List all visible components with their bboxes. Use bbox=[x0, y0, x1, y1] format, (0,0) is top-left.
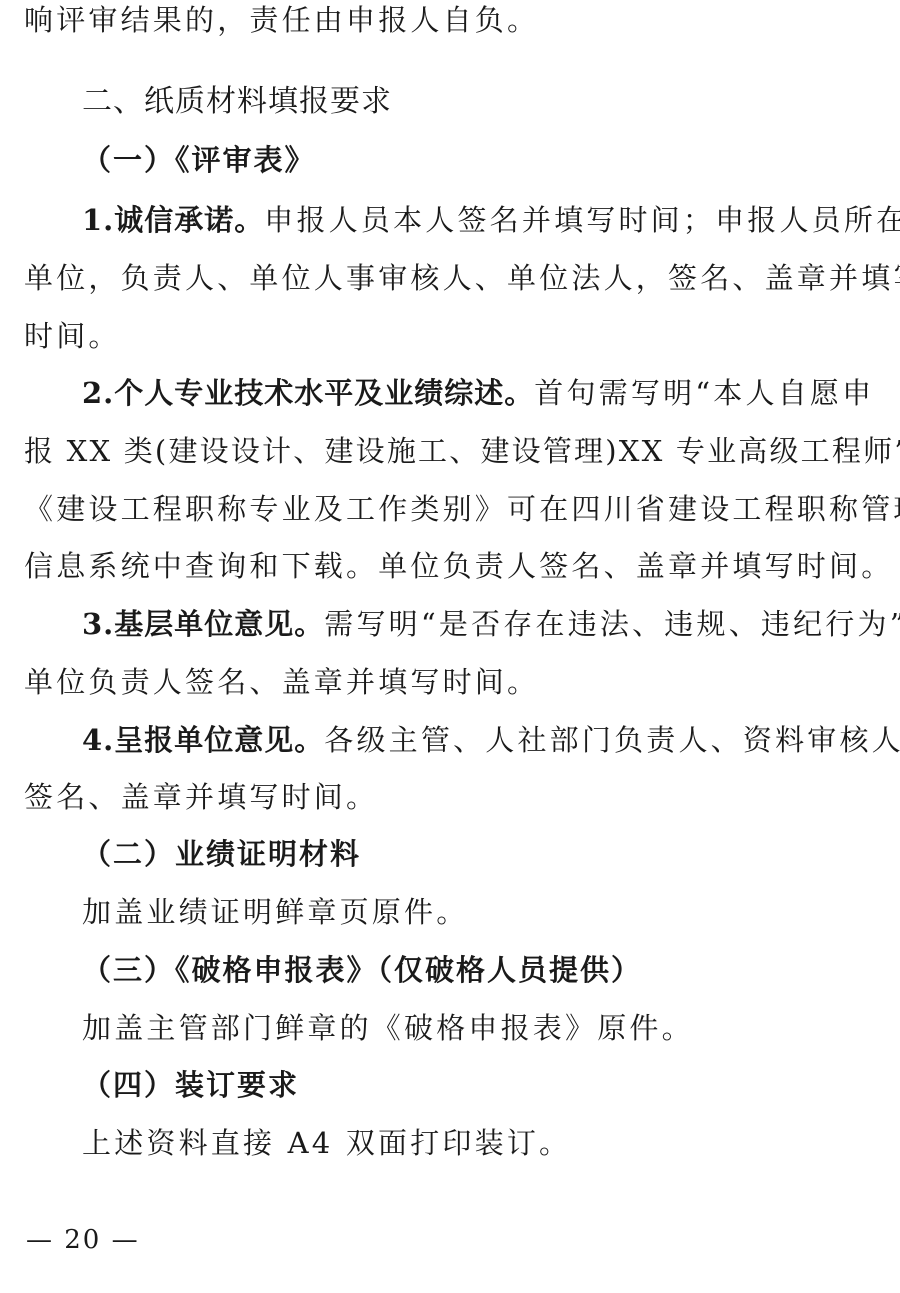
item-3: 3.基层单位意见。需写明“是否存在违法、违规、违纪行为”， bbox=[82, 604, 900, 644]
item-2-line-3: 《建设工程职称专业及工作类别》可在四川省建设工程职称管理 bbox=[24, 489, 876, 529]
item-1-text: 申报人员本人签名并填写时间；申报人员所在 bbox=[264, 203, 900, 237]
item-2-line-2: 报 XX 类(建设设计、建设施工、建设管理)XX 专业高级工程师”， bbox=[24, 431, 876, 471]
subsection-text: 上述资料直接 A4 双面打印装订。 bbox=[82, 1123, 900, 1163]
subsection-heading: （三）《破格申报表》（仅破格人员提供） bbox=[82, 950, 900, 990]
item-1-line-3: 时间。 bbox=[24, 316, 876, 356]
page-number: — 20 — bbox=[26, 1224, 140, 1256]
item-3-line-2: 单位负责人签名、盖章并填写时间。 bbox=[24, 662, 876, 702]
section-heading: 二、纸质材料填报要求 bbox=[82, 82, 900, 122]
paragraph-continuation: 响评审结果的，责任由申报人自负。 bbox=[24, 0, 876, 40]
subsection-heading: （二）业绩证明材料 bbox=[82, 834, 900, 874]
item-2-text: 首句需写明“本人自愿申 bbox=[534, 376, 874, 410]
subsection-text: 加盖主管部门鲜章的《破格申报表》原件。 bbox=[82, 1008, 900, 1048]
item-4-title: 4.呈报单位意见。 bbox=[82, 723, 324, 757]
item-4: 4.呈报单位意见。各级主管、人社部门负责人、资料审核人， bbox=[82, 720, 900, 760]
item-4-line-2: 签名、盖章并填写时间。 bbox=[24, 777, 876, 817]
item-3-title: 3.基层单位意见。 bbox=[82, 607, 324, 641]
item-1-title: 1.诚信承诺。 bbox=[82, 203, 264, 237]
subsection-text: 加盖业绩证明鲜章页原件。 bbox=[82, 892, 900, 932]
item-2: 2.个人专业技术水平及业绩综述。首句需写明“本人自愿申 bbox=[82, 373, 900, 413]
item-1-line-2: 单位，负责人、单位人事审核人、单位法人，签名、盖章并填写 bbox=[24, 258, 876, 298]
item-2-line-4: 信息系统中查询和下载。单位负责人签名、盖章并填写时间。 bbox=[24, 546, 876, 586]
subsection-heading: （四）装订要求 bbox=[82, 1065, 900, 1105]
item-4-text: 各级主管、人社部门负责人、资料审核人， bbox=[324, 723, 900, 757]
subsection-heading: （一）《评审表》 bbox=[82, 140, 900, 180]
item-2-title: 2.个人专业技术水平及业绩综述。 bbox=[82, 376, 534, 410]
item-3-text: 需写明“是否存在违法、违规、违纪行为”， bbox=[324, 607, 900, 641]
item-1: 1.诚信承诺。申报人员本人签名并填写时间；申报人员所在 bbox=[82, 200, 900, 240]
